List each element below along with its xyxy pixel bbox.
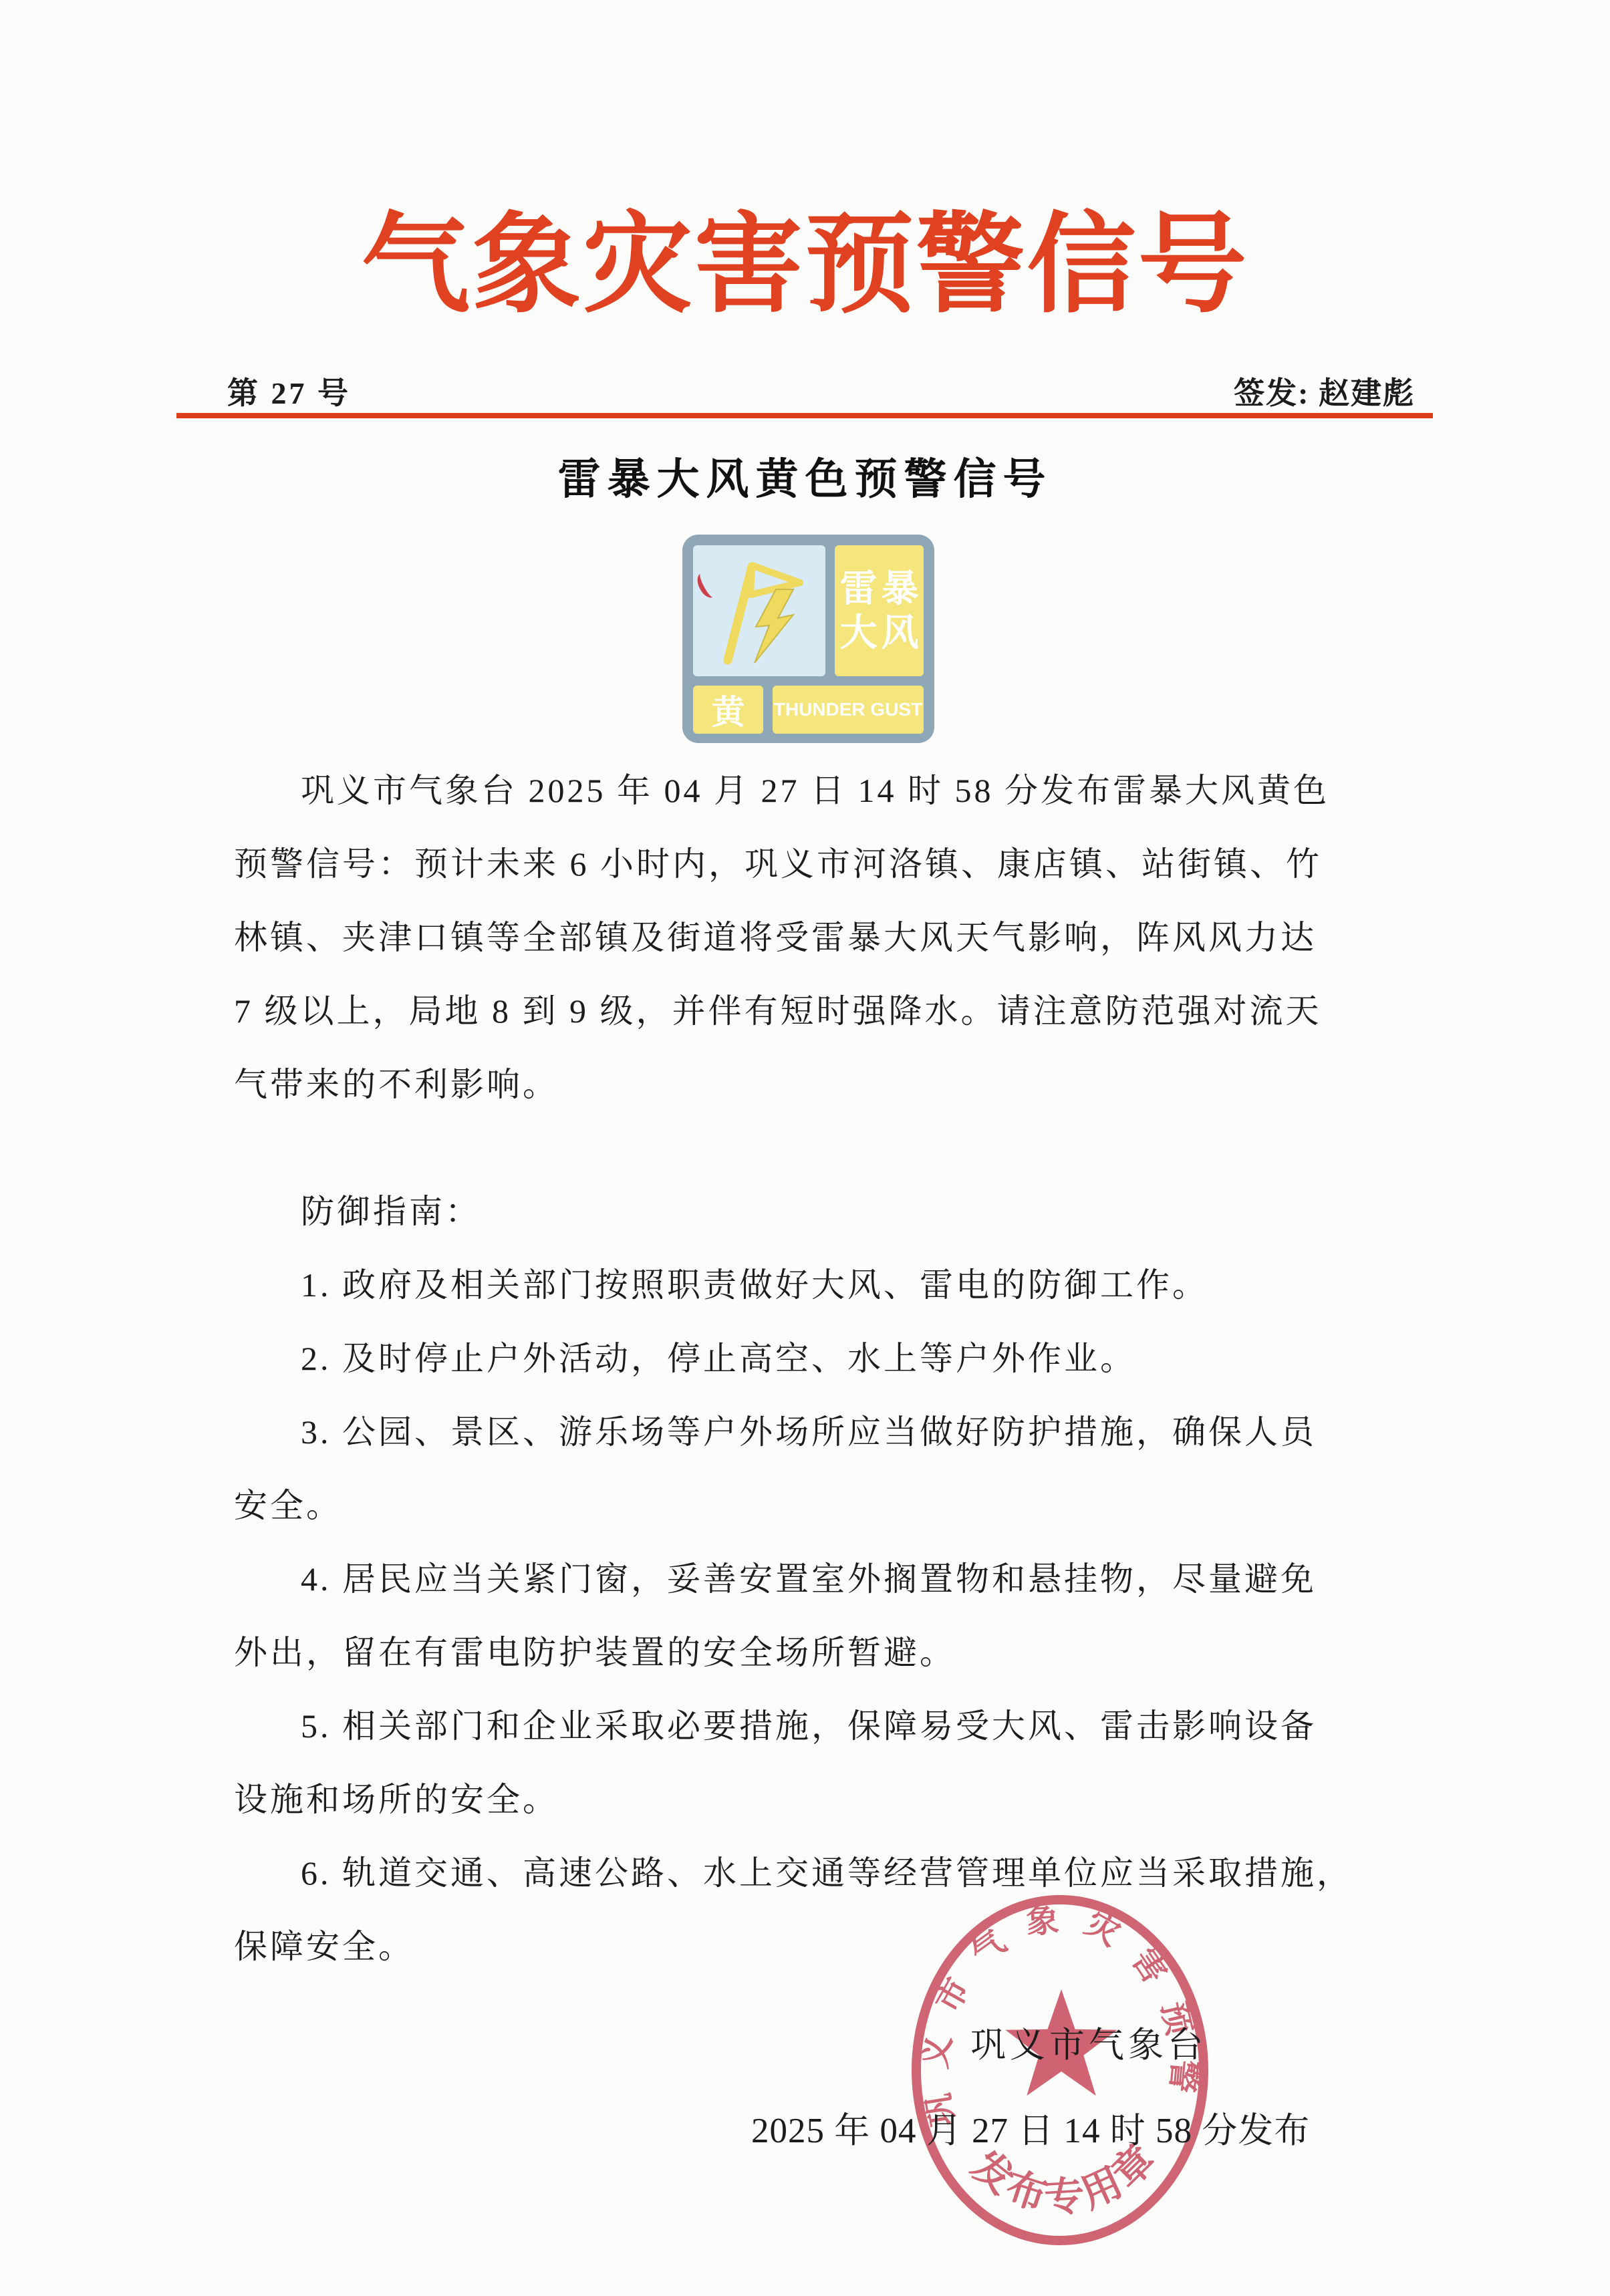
warning-sign-pictogram bbox=[693, 545, 825, 676]
text-line: 安全。 bbox=[234, 1469, 1417, 1542]
text-line: 林镇、夹津口镇等全部镇及街道将受雷暴大风天气影响，阵风风力达 bbox=[234, 901, 1417, 974]
text-line: 预警信号：预计未来 6 小时内，巩义市河洛镇、康店镇、站街镇、竹 bbox=[234, 827, 1417, 901]
text-line: 巩义市气象台 2025 年 04 月 27 日 14 时 58 分发布雷暴大风黄… bbox=[234, 754, 1417, 827]
warning-sign-name-cn: 雷暴 大风 bbox=[835, 545, 924, 676]
text-line: 5. 相关部门和企业采取必要措施，保障易受大风、雷击影响设备 bbox=[234, 1689, 1417, 1763]
issuer-name: 签发: 赵建彪 bbox=[1234, 369, 1415, 413]
text-line: 7 级以上，局地 8 到 9 级，并伴有短时强降水。请注意防范强对流天 bbox=[234, 974, 1417, 1048]
warning-sign-bottom-row: 黄 THUNDER GUST bbox=[693, 686, 924, 734]
text-line: 6. 轨道交通、高速公路、水上交通等经营管理单位应当采取措施， bbox=[234, 1836, 1417, 1910]
text-line: 1. 政府及相关部门按照职责做好大风、雷电的防御工作。 bbox=[234, 1248, 1417, 1322]
warning-sign-name-en: THUNDER GUST bbox=[773, 686, 924, 734]
text-line: 保障安全。 bbox=[234, 1910, 1417, 1983]
text-line: 设施和场所的安全。 bbox=[234, 1763, 1417, 1836]
flag-lightning-icon bbox=[693, 545, 825, 676]
text-line: 防御指南： bbox=[234, 1175, 1417, 1248]
intro-paragraph: 巩义市气象台 2025 年 04 月 27 日 14 时 58 分发布雷暴大风黄… bbox=[234, 754, 1417, 1121]
warning-name-row2: 大风 bbox=[836, 611, 923, 655]
text-line: 4. 居民应当关紧门窗，妥善安置室外搁置物和悬挂物，尽量避免 bbox=[234, 1542, 1417, 1616]
thunder-gust-warning-sign: 雷暴 大风 黄 THUNDER GUST bbox=[682, 535, 934, 743]
warning-document-page: 气象灾害预警信号 第 27 号 签发: 赵建彪 雷暴大风黄色预警信号 雷暴 大风 bbox=[0, 0, 1610, 2296]
warning-name-row1: 雷暴 bbox=[836, 567, 923, 611]
header-divider bbox=[176, 413, 1433, 418]
guide-section: 防御指南：1. 政府及相关部门按照职责做好大风、雷电的防御工作。2. 及时停止户… bbox=[234, 1175, 1417, 1983]
warning-level-badge: 黄 bbox=[693, 686, 763, 734]
signature-agency: 巩义市气象台 bbox=[970, 2017, 1207, 2067]
text-line: 气带来的不利影响。 bbox=[234, 1048, 1417, 1121]
warning-subtitle: 雷暴大风黄色预警信号 bbox=[0, 445, 1610, 507]
text-line: 外出，留在有雷电防护装置的安全场所暂避。 bbox=[234, 1616, 1417, 1689]
text-line: 3. 公园、景区、游乐场等户外场所应当做好防护措施，确保人员 bbox=[234, 1395, 1417, 1469]
text-line: 2. 及时停止户外活动，停止高空、水上等户外作业。 bbox=[234, 1322, 1417, 1395]
signature-datetime: 2025 年 04 月 27 日 14 时 58 分发布 bbox=[751, 2102, 1310, 2153]
issue-number: 第 27 号 bbox=[227, 369, 351, 413]
warning-sign-top-row: 雷暴 大风 bbox=[693, 545, 924, 676]
document-title: 气象灾害预警信号 bbox=[0, 186, 1610, 346]
official-seal-stamp: 巩义市气象灾害预警 发布专用章 bbox=[901, 1884, 1222, 2259]
